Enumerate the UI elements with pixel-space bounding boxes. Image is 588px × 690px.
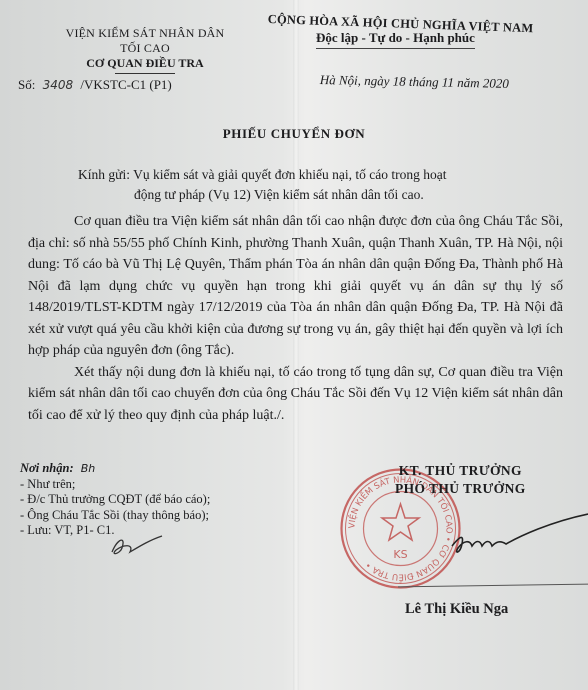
national-header: CỘNG HÒA XÃ HỘI CHỦ NGHĨA VIỆT NAM Độc l… xyxy=(268,12,534,49)
agency-name-line2: TỐI CAO xyxy=(40,41,250,56)
place-date-suffix: tháng 11 năm 2020 xyxy=(409,74,509,91)
place-date-prefix: Hà Nội, ngày xyxy=(320,72,390,88)
addressee: Kính gửi: Vụ kiểm sát và giải quyết đơn … xyxy=(78,165,447,205)
signer-title-block: KT. THỦ TRƯỞNG PHÓ THỦ TRƯỞNG xyxy=(395,462,526,498)
department-name: CƠ QUAN ĐIỀU TRA xyxy=(40,56,250,71)
doc-number-handwritten: 3408 xyxy=(43,78,74,92)
doc-number-suffix: /VKSTC-C1 (P1) xyxy=(80,77,171,92)
document-body: Cơ quan điều tra Viện kiểm sát nhân dân … xyxy=(28,211,563,426)
scanned-document: VIỆN KIỂM SÁT NHÂN DÂN TỐI CAO CƠ QUAN Đ… xyxy=(0,0,588,690)
recipients-block: Nơi nhận: Bh - Như trên; - Đ/c Thủ trưởn… xyxy=(20,461,210,539)
svg-text:KS: KS xyxy=(393,548,407,561)
initial-mark: Bh xyxy=(81,462,96,475)
document-number: Số: 3408 /VKSTC-C1 (P1) xyxy=(18,77,172,93)
header-underline xyxy=(115,73,175,74)
signer-position: PHÓ THỦ TRƯỞNG xyxy=(395,480,526,498)
place-and-date: Hà Nội, ngày 18 tháng 11 năm 2020 xyxy=(320,72,509,92)
recipient-item: - Đ/c Thủ trưởng CQĐT (để báo cáo); xyxy=(20,492,210,508)
recipient-item: - Ông Cháu Tắc Sồi (thay thông báo); xyxy=(20,508,210,524)
agency-name-line1: VIỆN KIỂM SÁT NHÂN DÂN xyxy=(40,26,250,41)
handwritten-signature-icon xyxy=(450,510,588,560)
recipient-item: - Như trên; xyxy=(20,477,210,493)
signer-name: Lê Thị Kiều Nga xyxy=(405,601,508,618)
initial-signature-icon xyxy=(104,530,164,558)
addressee-line1: Kính gửi: Vụ kiểm sát và giải quyết đơn … xyxy=(78,165,447,185)
body-paragraph: Xét thấy nội dung đơn là khiếu nại, tố c… xyxy=(28,362,563,427)
doc-number-prefix: Số: xyxy=(18,77,35,92)
issuing-agency-header: VIỆN KIỂM SÁT NHÂN DÂN TỐI CAO CƠ QUAN Đ… xyxy=(40,26,250,80)
document-title: PHIẾU CHUYỂN ĐƠN xyxy=(0,126,588,142)
body-paragraph: Cơ quan điều tra Viện kiểm sát nhân dân … xyxy=(28,211,563,362)
day-handwritten: 18 xyxy=(393,74,406,89)
signer-on-behalf: KT. THỦ TRƯỞNG xyxy=(395,462,526,480)
recipients-heading: Nơi nhận: xyxy=(20,461,74,475)
addressee-line2: động tư pháp (Vụ 12) Viện kiểm sát nhân … xyxy=(78,185,447,205)
